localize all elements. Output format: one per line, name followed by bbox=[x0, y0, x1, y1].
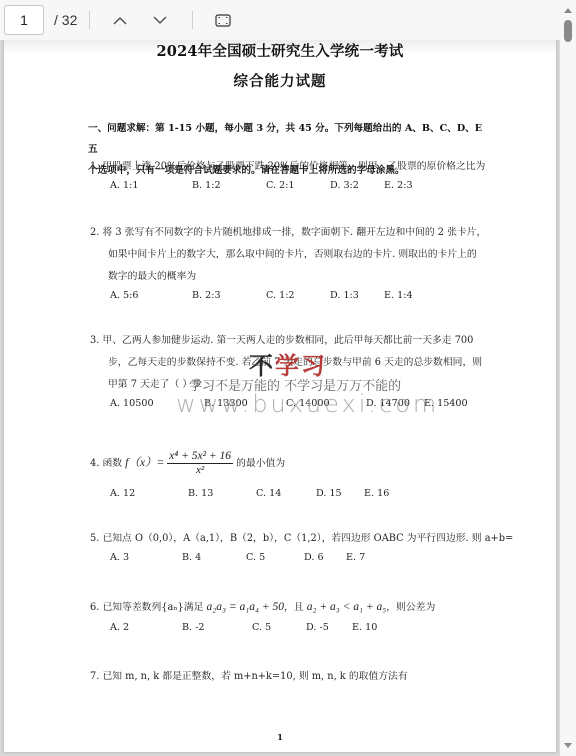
option-e: E. 1:4 bbox=[384, 290, 413, 301]
option-a: A. 5:6 bbox=[110, 290, 138, 301]
option-c: C. 1:2 bbox=[266, 290, 295, 301]
option-e: E. 7 bbox=[346, 552, 365, 563]
watermark-url: www.buxuexi.com bbox=[176, 390, 439, 418]
question-prefix: 6. 已知等差数列{aₙ}满足 bbox=[90, 602, 207, 613]
option-c: C. 2:1 bbox=[266, 180, 295, 191]
option-c: C. 5 bbox=[246, 552, 265, 563]
option-a: A. 1:1 bbox=[110, 180, 138, 191]
page-number: 1 bbox=[4, 732, 556, 742]
option-c: C. 5 bbox=[252, 622, 271, 633]
option-e: E. 2:3 bbox=[384, 180, 413, 191]
toolbar-divider bbox=[192, 11, 193, 29]
page-number-input[interactable]: 1 bbox=[4, 5, 44, 35]
question-2: 2. 将 3 张写有不同数字的卡片随机地排成一排，数字面朝下. 翻开左边和中间的… bbox=[90, 222, 490, 308]
section-instructions-line: 一、问题求解：第 1-15 小题，每小题 3 分，共 45 分。下列每题给出的 … bbox=[88, 118, 488, 160]
option-a: A. 10500 bbox=[110, 398, 154, 409]
fit-page-button[interactable] bbox=[208, 5, 238, 35]
option-a: A. 3 bbox=[110, 552, 129, 563]
document-viewport[interactable]: 2024年全国硕士研究生入学统一考试 综合能力试题 一、问题求解：第 1-15 … bbox=[0, 40, 560, 756]
total-pages-label: / 32 bbox=[54, 12, 77, 28]
next-page-button[interactable] bbox=[145, 5, 175, 35]
question-text: 4. 函数 f（x）= x⁴ + 5x² + 16x² 的最小值为 bbox=[90, 448, 490, 478]
question-6: 6. 已知等差数列{aₙ}满足 a₂a₃ = a₁a₄ + 50，且 a₂ + … bbox=[90, 596, 490, 640]
option-b: B. 2:3 bbox=[192, 290, 221, 301]
pdf-toolbar: 1 / 32 bbox=[0, 0, 560, 40]
option-b: B. 1:2 bbox=[192, 180, 221, 191]
vertical-scrollbar[interactable] bbox=[560, 0, 576, 756]
option-a: A. 12 bbox=[110, 488, 135, 499]
question-suffix: ，则公差为 bbox=[386, 602, 435, 613]
option-d: D. 3:2 bbox=[330, 180, 359, 191]
scrollbar-thumb[interactable] bbox=[564, 20, 572, 42]
fit-page-icon bbox=[215, 14, 231, 27]
question-text: 数字的最大的概率为 bbox=[90, 266, 490, 288]
question-text: 如果中间卡片上的数字大，那么取中间的卡片，否则取右边的卡片. 则取出的卡片上的 bbox=[90, 244, 490, 266]
question-5: 5. 已知点 O（0,0），A（a,1），B（2，b），C（1,2），若四边形 … bbox=[90, 528, 490, 570]
exam-title: 2024年全国硕士研究生入学统一考试 bbox=[4, 40, 556, 61]
function-label: f（x）= bbox=[125, 457, 167, 469]
option-b: B. 4 bbox=[182, 552, 201, 563]
toolbar-divider bbox=[89, 11, 90, 29]
question-prefix: 4. 函数 bbox=[90, 458, 125, 469]
question-text: 6. 已知等差数列{aₙ}满足 a₂a₃ = a₁a₄ + 50，且 a₂ + … bbox=[90, 596, 490, 618]
fraction-numerator: x⁴ + 5x² + 16 bbox=[167, 450, 233, 464]
chevron-down-icon bbox=[153, 16, 167, 25]
question-connector: ，且 bbox=[284, 602, 307, 613]
math-expression: a₂ + a₃ < a₁ + a₅ bbox=[307, 601, 387, 613]
question-suffix: 的最小值为 bbox=[233, 458, 285, 469]
option-a: A. 2 bbox=[110, 622, 129, 633]
option-d: D. 15 bbox=[316, 488, 342, 499]
question-1: 1. 甲股票上涨 20%后价格与乙股票下跌 20%后的价格相等，则甲、乙股票的原… bbox=[90, 156, 490, 198]
question-text: 2. 将 3 张写有不同数字的卡片随机地排成一排，数字面朝下. 翻开左边和中间的… bbox=[90, 222, 490, 244]
option-b: B. 13 bbox=[188, 488, 213, 499]
option-b: B. -2 bbox=[182, 622, 205, 633]
option-e: E. 10 bbox=[352, 622, 377, 633]
option-d: D. -5 bbox=[306, 622, 329, 633]
fraction: x⁴ + 5x² + 16x² bbox=[167, 450, 233, 477]
option-e: E. 16 bbox=[364, 488, 389, 499]
answer-options: A. 2 B. -2 C. 5 D. -5 E. 10 bbox=[90, 622, 490, 640]
answer-options: A. 5:6 B. 2:3 C. 1:2 D. 1:3 E. 1:4 bbox=[90, 290, 490, 308]
question-text: 1. 甲股票上涨 20%后价格与乙股票下跌 20%后的价格相等，则甲、乙股票的原… bbox=[90, 156, 490, 178]
math-expression: a₂a₃ = a₁a₄ + 50 bbox=[207, 601, 285, 613]
answer-options: A. 1:1 B. 1:2 C. 2:1 D. 3:2 E. 2:3 bbox=[90, 180, 490, 198]
answer-options: A. 3 B. 4 C. 5 D. 6 E. 7 bbox=[90, 552, 490, 570]
question-4: 4. 函数 f（x）= x⁴ + 5x² + 16x² 的最小值为 A. 12 … bbox=[90, 448, 490, 506]
chevron-up-icon bbox=[113, 16, 127, 25]
pdf-page: 2024年全国硕士研究生入学统一考试 综合能力试题 一、问题求解：第 1-15 … bbox=[4, 40, 556, 752]
option-d: D. 1:3 bbox=[330, 290, 359, 301]
exam-subtitle: 综合能力试题 bbox=[4, 70, 556, 91]
option-d: D. 6 bbox=[304, 552, 324, 563]
option-c: C. 14 bbox=[256, 488, 281, 499]
scroll-down-arrow-icon[interactable] bbox=[564, 743, 572, 748]
scroll-up-arrow-icon[interactable] bbox=[564, 8, 572, 13]
fraction-denominator: x² bbox=[167, 464, 233, 477]
answer-options: A. 12 B. 13 C. 14 D. 15 E. 16 bbox=[90, 488, 490, 506]
question-text: 5. 已知点 O（0,0），A（a,1），B（2，b），C（1,2），若四边形 … bbox=[90, 528, 490, 550]
previous-page-button[interactable] bbox=[105, 5, 135, 35]
question-text: 7. 已知 m, n, k 都是正整数，若 m+n+k=10, 则 m, n, … bbox=[90, 666, 490, 688]
question-7: 7. 已知 m, n, k 都是正整数，若 m+n+k=10, 则 m, n, … bbox=[90, 666, 490, 688]
